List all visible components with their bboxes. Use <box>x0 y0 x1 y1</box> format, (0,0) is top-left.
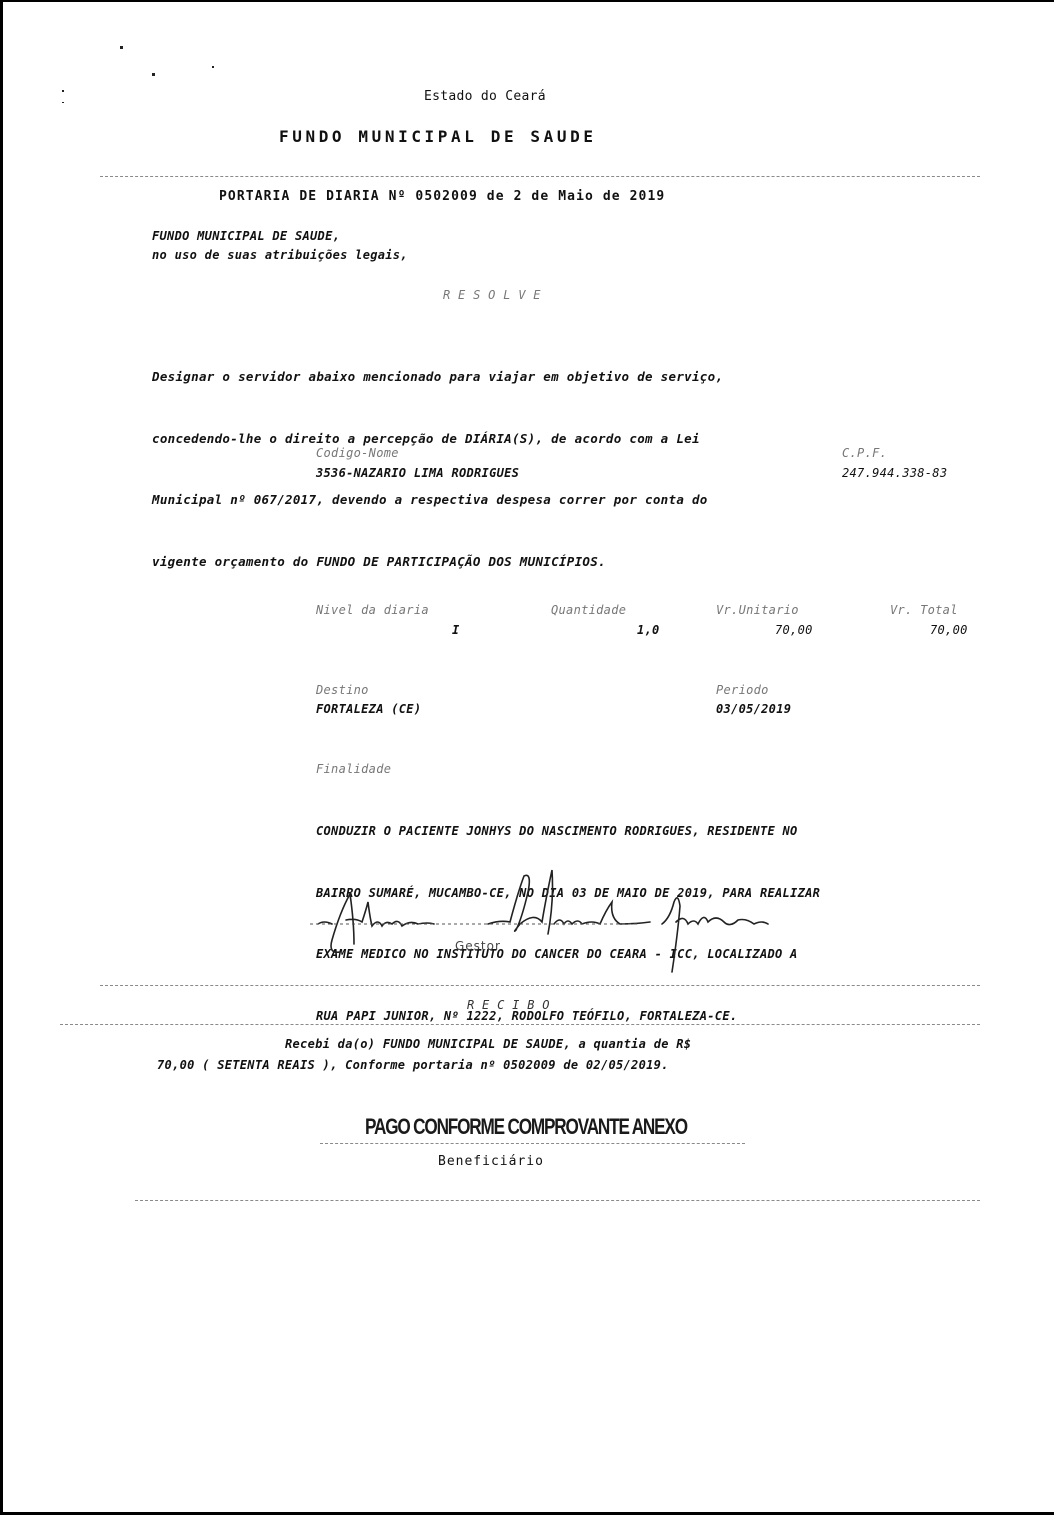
separator <box>60 1024 980 1025</box>
cpf-label: C.P.F. <box>842 446 887 460</box>
paid-stamp: PAGO CONFORME COMPROVANTE ANEXO <box>365 1114 687 1140</box>
vr-unitario-value: 70,00 <box>775 623 813 637</box>
code-name-value: 3536-NAZARIO LIMA RODRIGUES <box>316 466 519 480</box>
scan-speck <box>152 73 155 76</box>
portaria-title: PORTARIA DE DIARIA Nº 0502009 de 2 de Ma… <box>219 189 665 204</box>
body-paragraph: Designar o servidor abaixo mencionado pa… <box>152 326 723 593</box>
destino-label: Destino <box>316 683 369 697</box>
paragraph-line: Municipal nº 067/2017, devendo a respect… <box>152 490 723 511</box>
paragraph-line: vigente orçamento do FUNDO DE PARTICIPAÇ… <box>152 552 723 573</box>
resolve-heading: R E S O L V E <box>443 288 541 302</box>
paragraph-line: Designar o servidor abaixo mencionado pa… <box>152 367 723 388</box>
paragraph-line: concedendo-lhe o direito a percepção de … <box>152 429 723 450</box>
state-name: Estado do Ceará <box>424 89 546 104</box>
scan-speck <box>120 46 123 49</box>
cpf-value: 247.944.338-83 <box>842 466 947 480</box>
quantidade-label: Quantidade <box>551 603 626 617</box>
finalidade-line: RUA PAPI JUNIOR, Nº 1222, RODOLFO TEÓFIL… <box>316 1006 820 1027</box>
scan-border <box>0 0 1054 2</box>
beneficiary-label: Beneficiário <box>438 1154 544 1169</box>
separator <box>135 1200 980 1201</box>
code-name-label: Codigo-Nome <box>316 446 399 460</box>
finalidade-line: CONDUZIR O PACIENTE JONHYS DO NASCIMENTO… <box>316 821 820 842</box>
vr-unitario-label: Vr.Unitario <box>716 603 799 617</box>
scan-speck <box>62 102 64 103</box>
signer-role: Gestor <box>455 939 501 953</box>
recibo-line: Recebi da(o) FUNDO MUNICIPAL DE SAUDE, a… <box>285 1037 691 1051</box>
preamble-line: no uso de suas atribuições legais, <box>152 248 408 262</box>
separator <box>100 985 980 986</box>
recibo-heading: R E C I B O <box>467 998 550 1012</box>
scan-speck <box>62 90 64 92</box>
institution-title: FUNDO MUNICIPAL DE SAUDE <box>279 127 597 146</box>
vr-total-value: 70,00 <box>930 623 968 637</box>
recibo-line: 70,00 ( SETENTA REAIS ), Conforme portar… <box>157 1058 669 1072</box>
quantidade-value: 1,0 <box>637 623 660 637</box>
scan-speck <box>212 66 214 68</box>
preamble-line: FUNDO MUNICIPAL DE SAUDE, <box>152 229 340 243</box>
scan-border <box>0 0 3 1515</box>
beneficiary-signature-line <box>320 1143 745 1144</box>
periodo-value: 03/05/2019 <box>716 702 791 716</box>
destino-value: FORTALEZA (CE) <box>316 702 421 716</box>
periodo-label: Periodo <box>716 683 769 697</box>
separator <box>100 176 980 177</box>
vr-total-label: Vr. Total <box>890 603 958 617</box>
finalidade-label: Finalidade <box>316 762 391 776</box>
nivel-value: I <box>452 623 460 637</box>
handwritten-signature <box>310 862 780 982</box>
nivel-label: Nivel da diaria <box>316 603 429 617</box>
